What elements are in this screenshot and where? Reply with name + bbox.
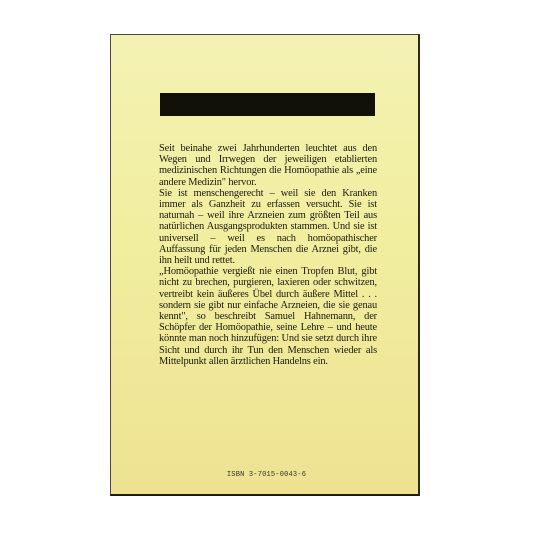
blurb-paragraph: Sie ist menschengerecht – weil sie den K… xyxy=(159,188,377,266)
blurb-paragraph: „Homöopathie vergießt nie einen Tropfen … xyxy=(159,266,377,367)
blurb-paragraph: Seit beinahe zwei Jahrhunderten leuchtet… xyxy=(159,143,377,188)
blurb-text: Seit beinahe zwei Jahrhunderten leuchtet… xyxy=(159,143,377,367)
book-back-cover: Seit beinahe zwei Jahrhunderten leuchtet… xyxy=(110,34,420,496)
isbn-label: ISBN 3-7015-0043-6 xyxy=(111,471,418,479)
redaction-bar xyxy=(160,93,375,116)
